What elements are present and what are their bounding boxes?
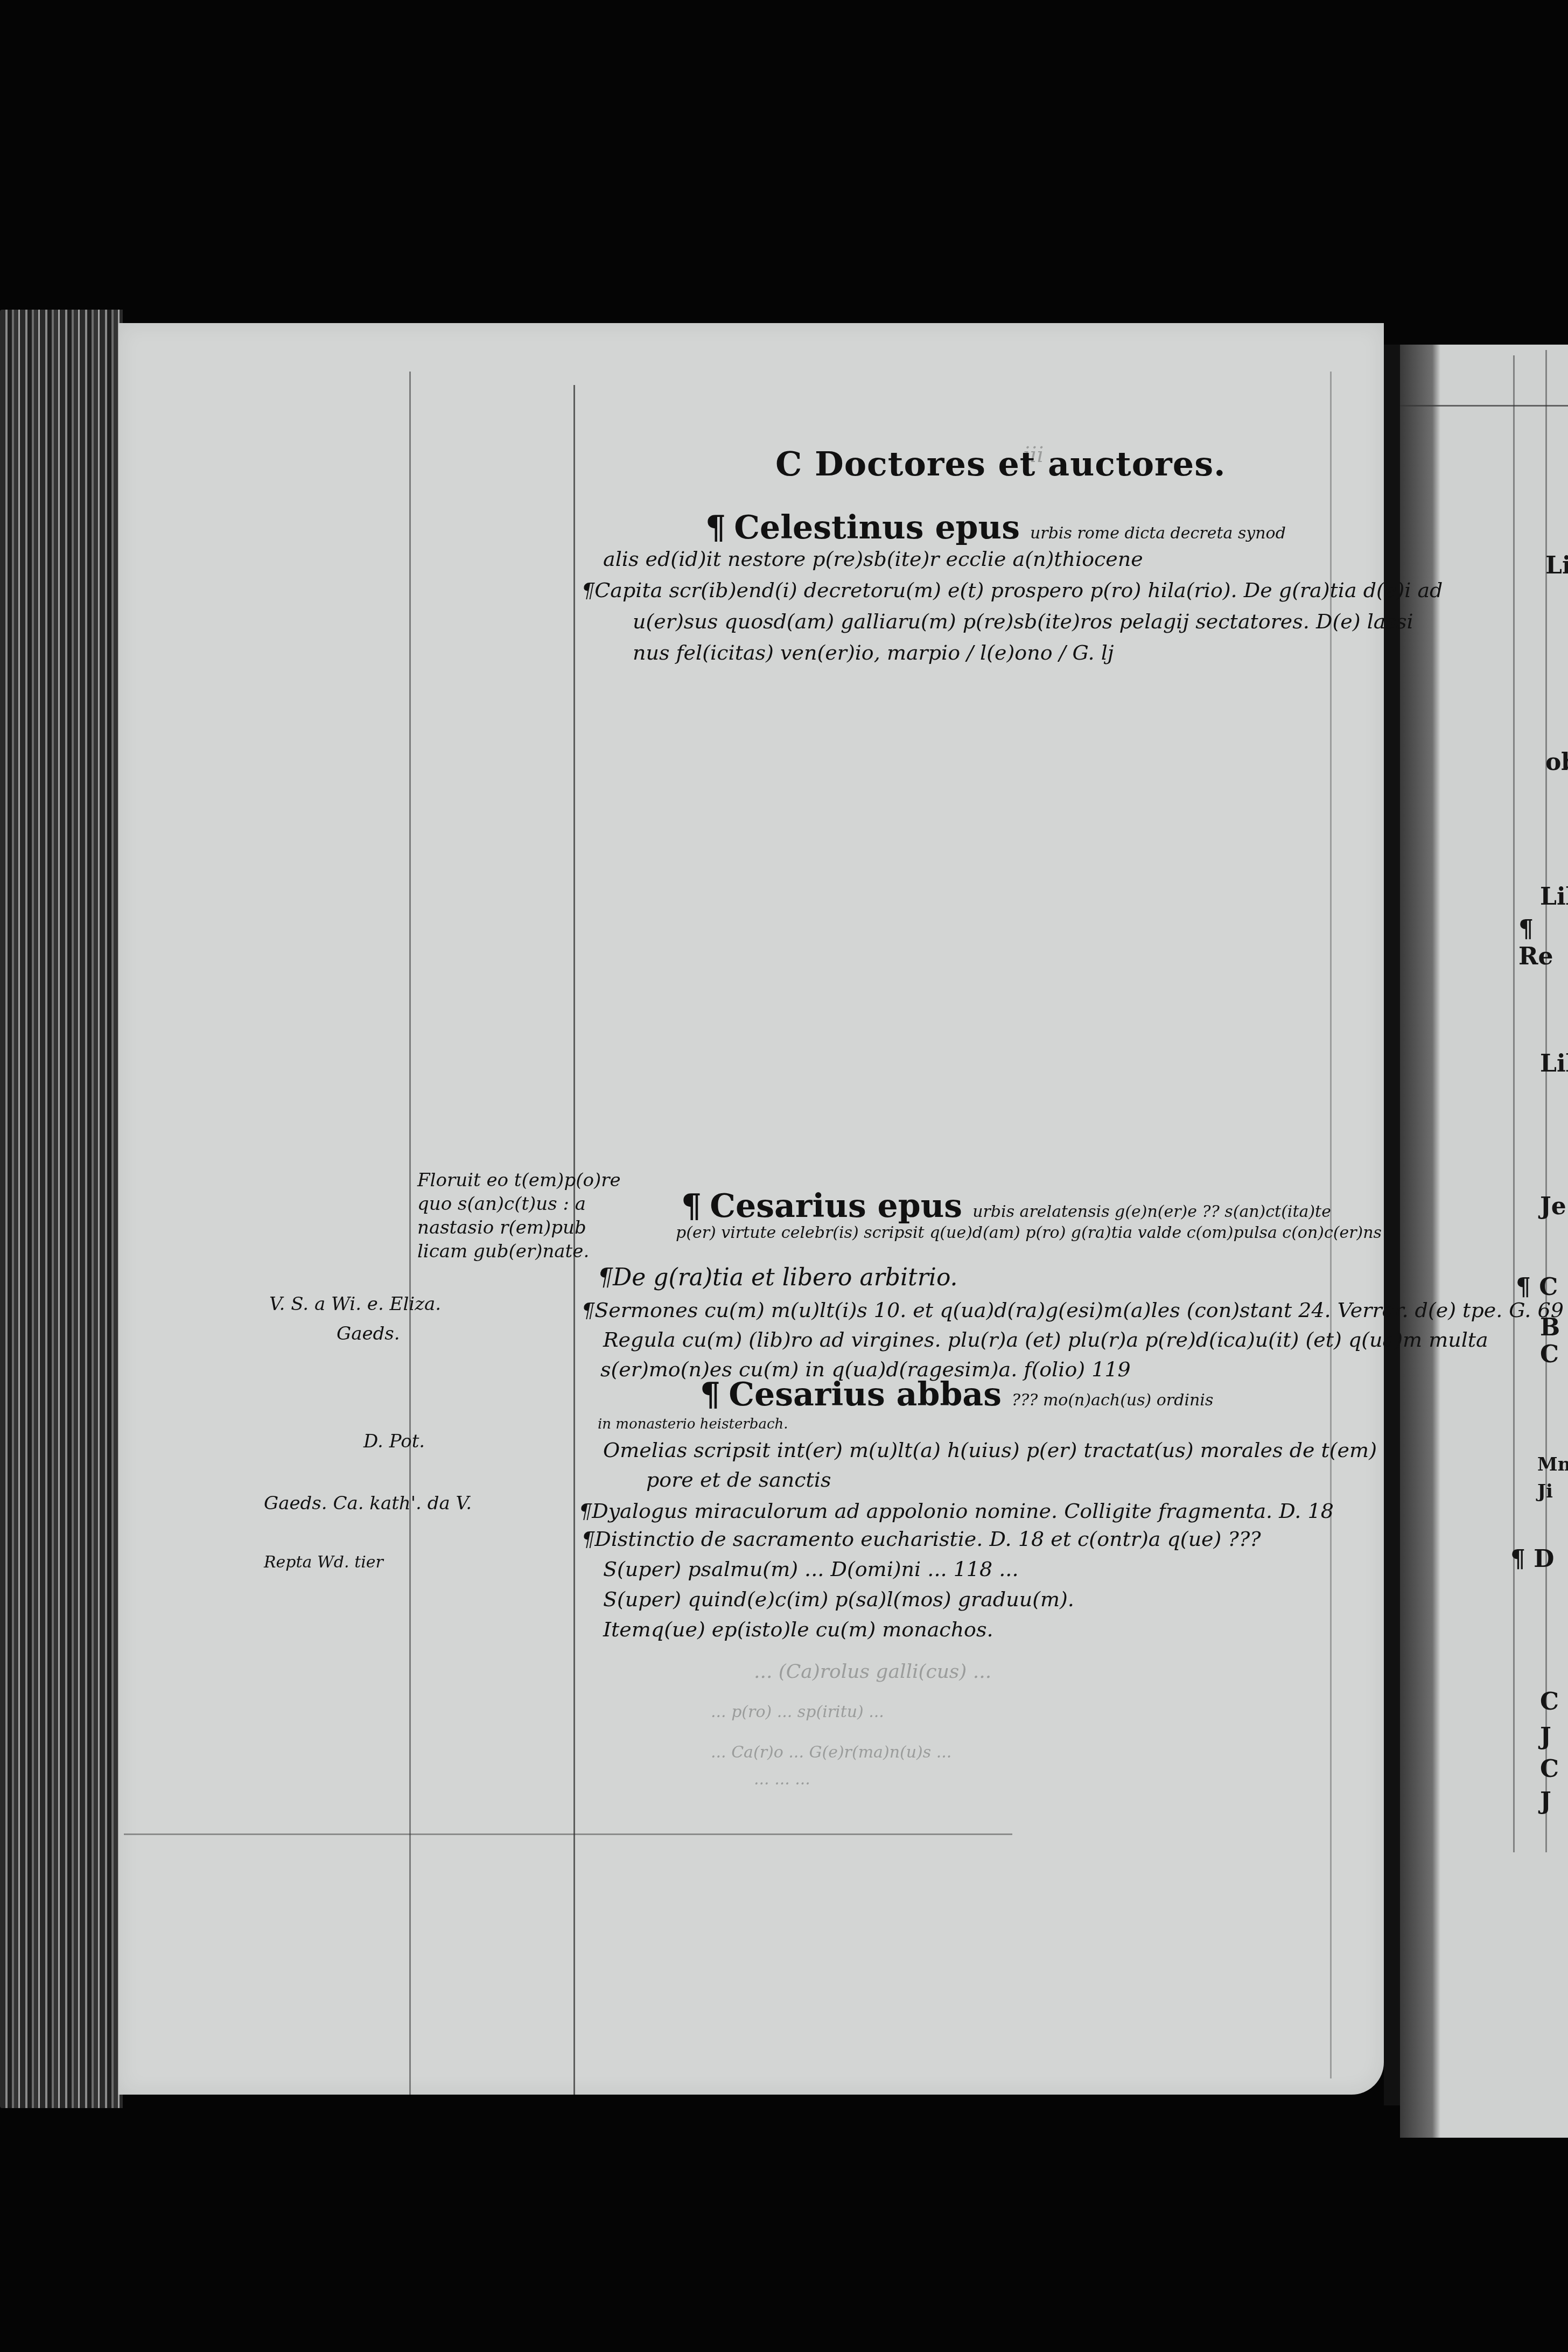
- entry-line: Itemq(ue) ep(isto)le cu(m) monachos.: [603, 1614, 993, 1644]
- bleed-through-line: ... Ca(r)o ... G(e)r(ma)n(u)s ...: [711, 1739, 951, 1766]
- entry-line: Omelias scripsit int(er) m(u)lt(a) h(uiu…: [603, 1435, 1377, 1465]
- entry-line: alis ed(id)it nestore p(re)sb(ite)r eccl…: [603, 544, 1143, 574]
- entry-line: S(uper) quind(e)c(im) p(sa)l(mos) graduu…: [603, 1584, 1074, 1614]
- facing-fragment: B: [1540, 1314, 1560, 1341]
- margin-note-floruit: Floruit eo t(em)p(o)re quo s(an)c(t)us :…: [417, 1168, 621, 1263]
- entry-line: ¶De g(ra)tia et libero arbitrio.: [598, 1263, 958, 1293]
- bleed-through-line: ... ... ...: [754, 1766, 810, 1793]
- facing-fragment: ¶ D: [1510, 1545, 1554, 1573]
- entry-line: S(uper) psalmu(m) ... D(omi)ni ... 118 .…: [603, 1554, 1019, 1584]
- entry-celestinus: ¶ Celestinus epus urbis rome dicta decre…: [705, 509, 1286, 547]
- facing-top-rule: [1400, 405, 1568, 407]
- margin-note-gaeds-cath: Gaeds. Ca. kath'. da V.: [264, 1492, 472, 1515]
- entry-line: pore et de sanctis: [646, 1465, 831, 1495]
- facing-fragment: J: [1540, 1788, 1551, 1815]
- paragraph-mark-icon: ¶: [705, 509, 726, 547]
- entry-title: Celestinus epus: [734, 509, 1020, 547]
- bleed-through-line: ... (Ca)rolus galli(cus) ...: [754, 1658, 991, 1685]
- facing-fragment: J: [1540, 1723, 1551, 1751]
- margin-note-line: licam gub(er)nate.: [417, 1240, 621, 1263]
- facing-fragment: Ji: [1537, 1481, 1553, 1502]
- margin-note-gaeds: Gaeds.: [337, 1322, 400, 1346]
- bottom-rule: [124, 1833, 1012, 1835]
- page-heading: C Doctores et auctores.: [775, 444, 1226, 484]
- facing-fragment: C: [1540, 1688, 1559, 1716]
- margin-rule-left: [409, 372, 411, 2095]
- facing-rule-1: [1513, 355, 1515, 1852]
- entry-line: urbis arelatensis g(e)n(er)e ?? s(an)ct(…: [972, 1202, 1331, 1221]
- facing-fragment: C: [1540, 1755, 1559, 1783]
- facing-fragment: C: [1540, 1341, 1559, 1368]
- entry-line: p(er) virtute celebr(is) scripsit q(ue)d…: [676, 1222, 1382, 1244]
- entry-line: ¶Dyalogus miraculorum ad appolonio nomin…: [579, 1496, 1334, 1526]
- entry-line: Regula cu(m) (lib)ro ad virgines. plu(r)…: [603, 1325, 1488, 1355]
- margin-note-line: quo s(an)c(t)us : a: [417, 1192, 621, 1216]
- facing-fragment: ¶ C: [1516, 1273, 1558, 1301]
- entry-line: in monasterio heisterbach.: [598, 1413, 788, 1435]
- margin-note-vsa: V. S. a Wi. e. Eliza.: [269, 1292, 441, 1316]
- entry-line: ¶Sermones cu(m) m(u)lt(i)s 10. et q(ua)d…: [582, 1295, 1564, 1325]
- facing-fragment: Lib: [1545, 552, 1568, 579]
- entry-cesarius-abbas: ¶ Cesarius abbas ??? mo(n)ach(us) ordini…: [700, 1376, 1213, 1413]
- entry-line: nus fel(icitas) ven(er)io, marpio / l(e)…: [633, 638, 1114, 668]
- entry-line: u(er)sus quosd(am) galliaru(m) p(re)sb(i…: [633, 606, 1413, 636]
- facing-fragment: ob: [1545, 748, 1568, 776]
- bleed-through-line: ... p(ro) ... sp(iritu) ...: [711, 1699, 884, 1726]
- entry-line: urbis rome dicta decreta synod: [1030, 524, 1286, 543]
- entry-title: Cesarius epus: [710, 1187, 962, 1225]
- margin-note-dpot: D. Pot.: [363, 1430, 425, 1453]
- entry-line: ¶Distinctio de sacramento eucharistie. D…: [582, 1524, 1261, 1554]
- entry-line: ??? mo(n)ach(us) ordinis: [1012, 1391, 1213, 1410]
- entry-line: ¶Capita scr(ib)end(i) decretoru(m) e(t) …: [582, 575, 1443, 605]
- paragraph-mark-icon: ¶: [681, 1187, 702, 1225]
- margin-note-line: Floruit eo t(em)p(o)re: [417, 1168, 621, 1192]
- facing-fragment: Lib: [1540, 1050, 1568, 1077]
- paragraph-mark-icon: ¶: [700, 1376, 720, 1413]
- margin-note-repta: Repta Wd. tier: [264, 1551, 383, 1574]
- book-page-edges: [0, 310, 123, 2108]
- facing-fragment: Je: [1540, 1193, 1566, 1220]
- entry-title: Cesarius abbas: [729, 1376, 1002, 1413]
- facing-fragment: ¶ Re: [1518, 915, 1568, 970]
- facing-fragment: Mn: [1537, 1454, 1568, 1475]
- margin-note-line: nastasio r(em)pub: [417, 1216, 621, 1240]
- facing-fragment: Lib: [1540, 883, 1568, 911]
- entry-cesarius-epus: ¶ Cesarius epus urbis arelatensis g(e)n(…: [681, 1187, 1331, 1225]
